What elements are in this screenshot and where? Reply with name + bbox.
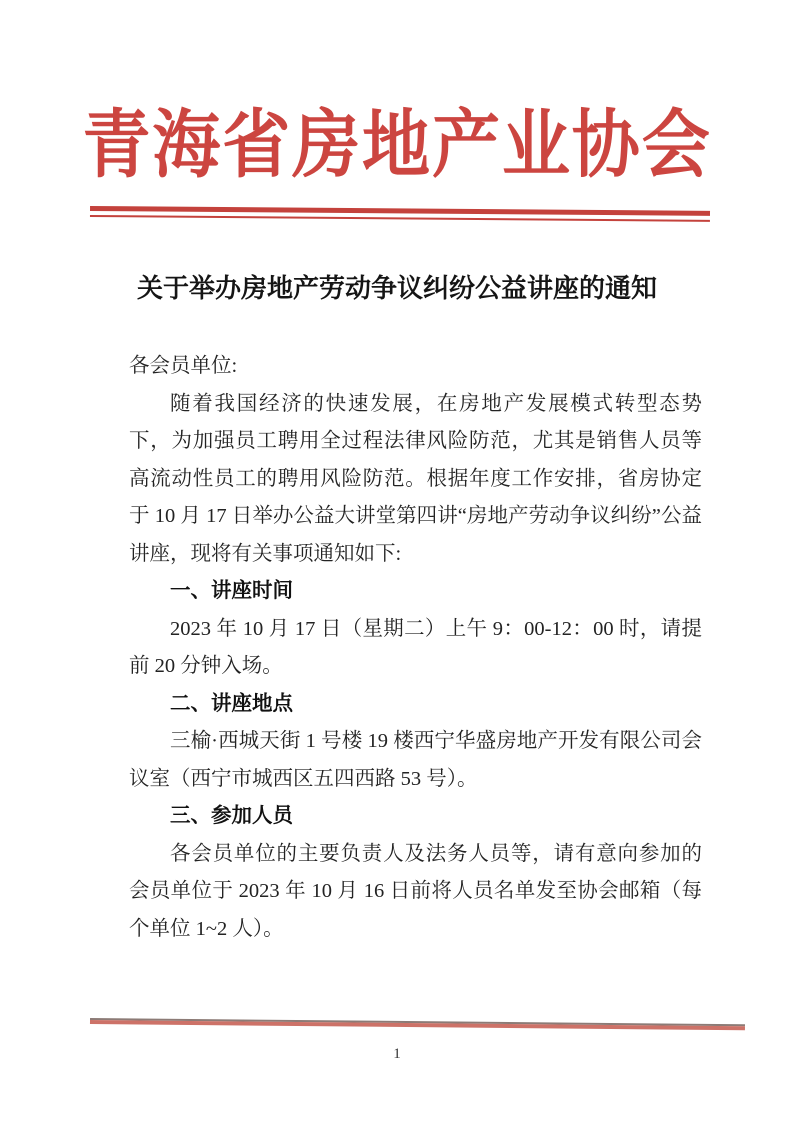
intro-paragraph: 随着我国经济的快速发展，在房地产发展模式转型态势下，为加强员工聘用全过程法律风险… — [129, 386, 702, 574]
salutation: 各会员单位: — [129, 348, 702, 386]
section-heading-1: 一、讲座时间 — [129, 573, 702, 611]
section-body-3: 各会员单位的主要负责人及法务人员等，请有意向参加的会员单位于 2023 年 10… — [129, 836, 702, 949]
page-number: 1 — [0, 1046, 794, 1063]
notice-page: 青海省房地产业协会 关于举办房地产劳动争议纠纷公益讲座的通知 各会员单位: 随着… — [0, 0, 794, 1122]
section-body-1: 2023 年 10 月 17 日（星期二）上午 9：00-12：00 时，请提前… — [129, 611, 702, 686]
letterhead-double-rule — [90, 206, 710, 222]
section-body-2: 三榆·西城天街 1 号楼 19 楼西宁华盛房地产开发有限公司会议室（西宁市城西区… — [129, 723, 702, 798]
notice-title: 关于举办房地产劳动争议纠纷公益讲座的通知 — [0, 268, 794, 305]
section-heading-2: 二、讲座地点 — [129, 686, 702, 724]
notice-body: 各会员单位: 随着我国经济的快速发展，在房地产发展模式转型态势下，为加强员工聘用… — [129, 348, 702, 948]
letterhead-org-name: 青海省房地产业协会 — [32, 96, 762, 196]
section-heading-3: 三、参加人员 — [129, 798, 702, 836]
footer-rule — [90, 1018, 745, 1030]
